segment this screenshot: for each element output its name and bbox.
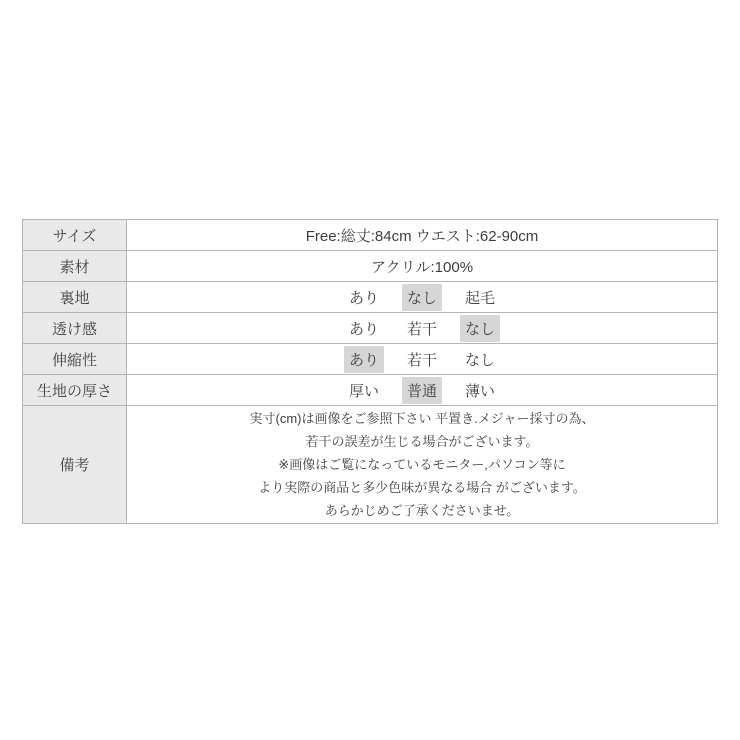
option-thickness-atsui: 厚い <box>344 377 384 404</box>
row-label-remarks: 備考 <box>23 406 127 524</box>
remarks-line-3: ※画像はご覧になっているモニター,パソコン等に <box>127 453 717 476</box>
option-sheerness-nashi: なし <box>460 315 500 342</box>
row-label-sheerness: 透け感 <box>23 313 127 344</box>
table-row-lining: 裏地 ありなし起毛 <box>23 282 718 313</box>
row-value-thickness: 厚い普通薄い <box>127 375 718 406</box>
row-value-sheerness: あり若干なし <box>127 313 718 344</box>
row-value-material: アクリル:100% <box>127 251 718 282</box>
row-label-size: サイズ <box>23 220 127 251</box>
remarks-line-2: 若干の誤差が生じる場合がございます。 <box>127 430 717 453</box>
row-label-thickness: 生地の厚さ <box>23 375 127 406</box>
row-value-size: Free:総丈:84cm ウエスト:62-90cm <box>127 220 718 251</box>
option-thickness-usui: 薄い <box>460 377 500 404</box>
option-lining-kimo: 起毛 <box>460 284 500 311</box>
product-spec-table: サイズ Free:総丈:84cm ウエスト:62-90cm 素材 アクリル:10… <box>22 219 718 524</box>
option-sheerness-ari: あり <box>344 315 384 342</box>
table-row-size: サイズ Free:総丈:84cm ウエスト:62-90cm <box>23 220 718 251</box>
remarks-line-5: あらかじめご了承くださいませ。 <box>127 499 717 522</box>
table-row-sheerness: 透け感 あり若干なし <box>23 313 718 344</box>
row-value-lining: ありなし起毛 <box>127 282 718 313</box>
option-lining-ari: あり <box>344 284 384 311</box>
row-value-stretch: あり若干なし <box>127 344 718 375</box>
remarks-line-1: 実寸(cm)は画像をご参照下さい 平置き.メジャー採寸の為、 <box>127 407 717 430</box>
row-label-lining: 裏地 <box>23 282 127 313</box>
remarks-line-4: より実際の商品と多少色味が異なる場合 がございます。 <box>127 476 717 499</box>
table-row-remarks: 備考 実寸(cm)は画像をご参照下さい 平置き.メジャー採寸の為、 若干の誤差が… <box>23 406 718 524</box>
row-label-material: 素材 <box>23 251 127 282</box>
option-stretch-ari: あり <box>344 346 384 373</box>
table-row-material: 素材 アクリル:100% <box>23 251 718 282</box>
option-stretch-nashi: なし <box>460 346 500 373</box>
option-sheerness-jakkan: 若干 <box>402 315 442 342</box>
table-row-thickness: 生地の厚さ 厚い普通薄い <box>23 375 718 406</box>
row-value-remarks: 実寸(cm)は画像をご参照下さい 平置き.メジャー採寸の為、 若干の誤差が生じる… <box>127 406 718 524</box>
option-stretch-jakkan: 若干 <box>402 346 442 373</box>
table-row-stretch: 伸縮性 あり若干なし <box>23 344 718 375</box>
row-label-stretch: 伸縮性 <box>23 344 127 375</box>
option-thickness-futsuu: 普通 <box>402 377 442 404</box>
option-lining-nashi: なし <box>402 284 442 311</box>
